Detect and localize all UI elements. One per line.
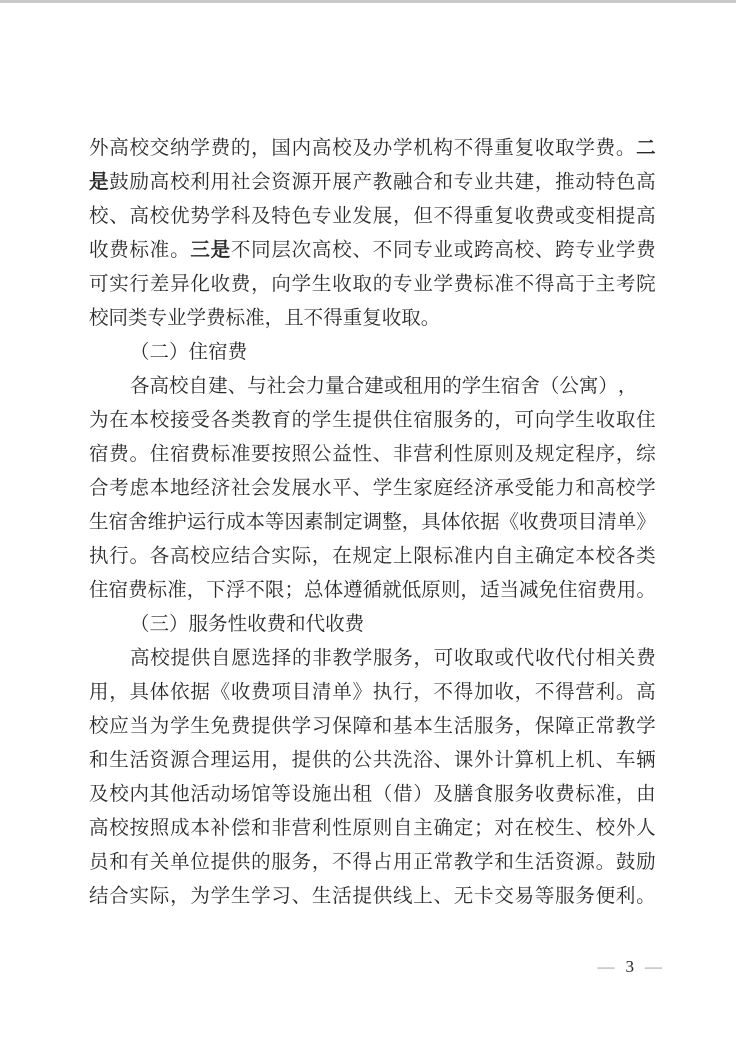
page-number-value: 3 bbox=[626, 954, 635, 980]
body-line: 为在本校接受各类教育的学生提供住宿服务的，可向学生收取住 bbox=[89, 404, 656, 438]
body-line: 高校提供自愿选择的非教学服务，可收取或代收代付相关费 bbox=[89, 642, 656, 676]
page-number-dash-right: — bbox=[645, 954, 662, 980]
body-line: 校同类专业学费标准，且不得重复收取。 bbox=[89, 302, 656, 336]
body-line: 收费标准。三是不同层次高校、不同专业或跨高校、跨专业学费 bbox=[89, 234, 656, 268]
body-line: 各高校自建、与社会力量合建或租用的学生宿舍（公寓）， bbox=[89, 370, 656, 404]
body-line: 用，具体依据《收费项目清单》执行，不得加收，不得营利。高 bbox=[89, 676, 656, 710]
body-line: 结合实际，为学生学习、生活提供线上、无卡交易等服务便利。 bbox=[89, 880, 656, 914]
section-heading-housing-fee: （二）住宿费 bbox=[89, 336, 656, 370]
body-line: 可实行差异化收费，向学生收取的专业学费标准不得高于主考院 bbox=[89, 268, 656, 302]
section-heading-service-fee: （三）服务性收费和代收费 bbox=[89, 608, 656, 642]
body-line: 外高校交纳学费的，国内高校及办学机构不得重复收取学费。二 bbox=[89, 132, 656, 166]
page-number-dash-left: — bbox=[598, 954, 615, 980]
scan-edge-top bbox=[0, 0, 736, 3]
body-line: 合考虑本地经济社会发展水平、学生家庭经济承受能力和高校学 bbox=[89, 472, 656, 506]
body-line: 员和有关单位提供的服务，不得占用正常教学和生活资源。鼓励 bbox=[89, 846, 656, 880]
body-line: 校、高校优势学科及特色专业发展，但不得重复收费或变相提高 bbox=[89, 200, 656, 234]
page-number: — 3 — bbox=[598, 954, 663, 980]
body-line: 高校按照成本补偿和非营利性原则自主确定；对在校生、校外人 bbox=[89, 812, 656, 846]
body-line: 和生活资源合理运用，提供的公共洗浴、课外计算机上机、车辆 bbox=[89, 744, 656, 778]
text-block: 外高校交纳学费的，国内高校及办学机构不得重复收取学费。二是鼓励高校利用社会资源开… bbox=[89, 132, 656, 914]
body-line: 执行。各高校应结合实际，在规定上限标准内自主确定本校各类 bbox=[89, 540, 656, 574]
body-line: 生宿舍维护运行成本等因素制定调整，具体依据《收费项目清单》 bbox=[89, 506, 656, 540]
body-line: 住宿费标准，下浮不限；总体遵循就低原则，适当减免住宿费用。 bbox=[89, 574, 656, 608]
body-line: 宿费。住宿费标准要按照公益性、非营利性原则及规定程序，综 bbox=[89, 438, 656, 472]
body-line: 校应当为学生免费提供学习保障和基本生活服务，保障正常教学 bbox=[89, 710, 656, 744]
document-page: 外高校交纳学费的，国内高校及办学机构不得重复收取学费。二是鼓励高校利用社会资源开… bbox=[0, 0, 736, 1048]
body-line: 是鼓励高校利用社会资源开展产教融合和专业共建，推动特色高 bbox=[89, 166, 656, 200]
body-line: 及校内其他活动场馆等设施出租（借）及膳食服务收费标准，由 bbox=[89, 778, 656, 812]
